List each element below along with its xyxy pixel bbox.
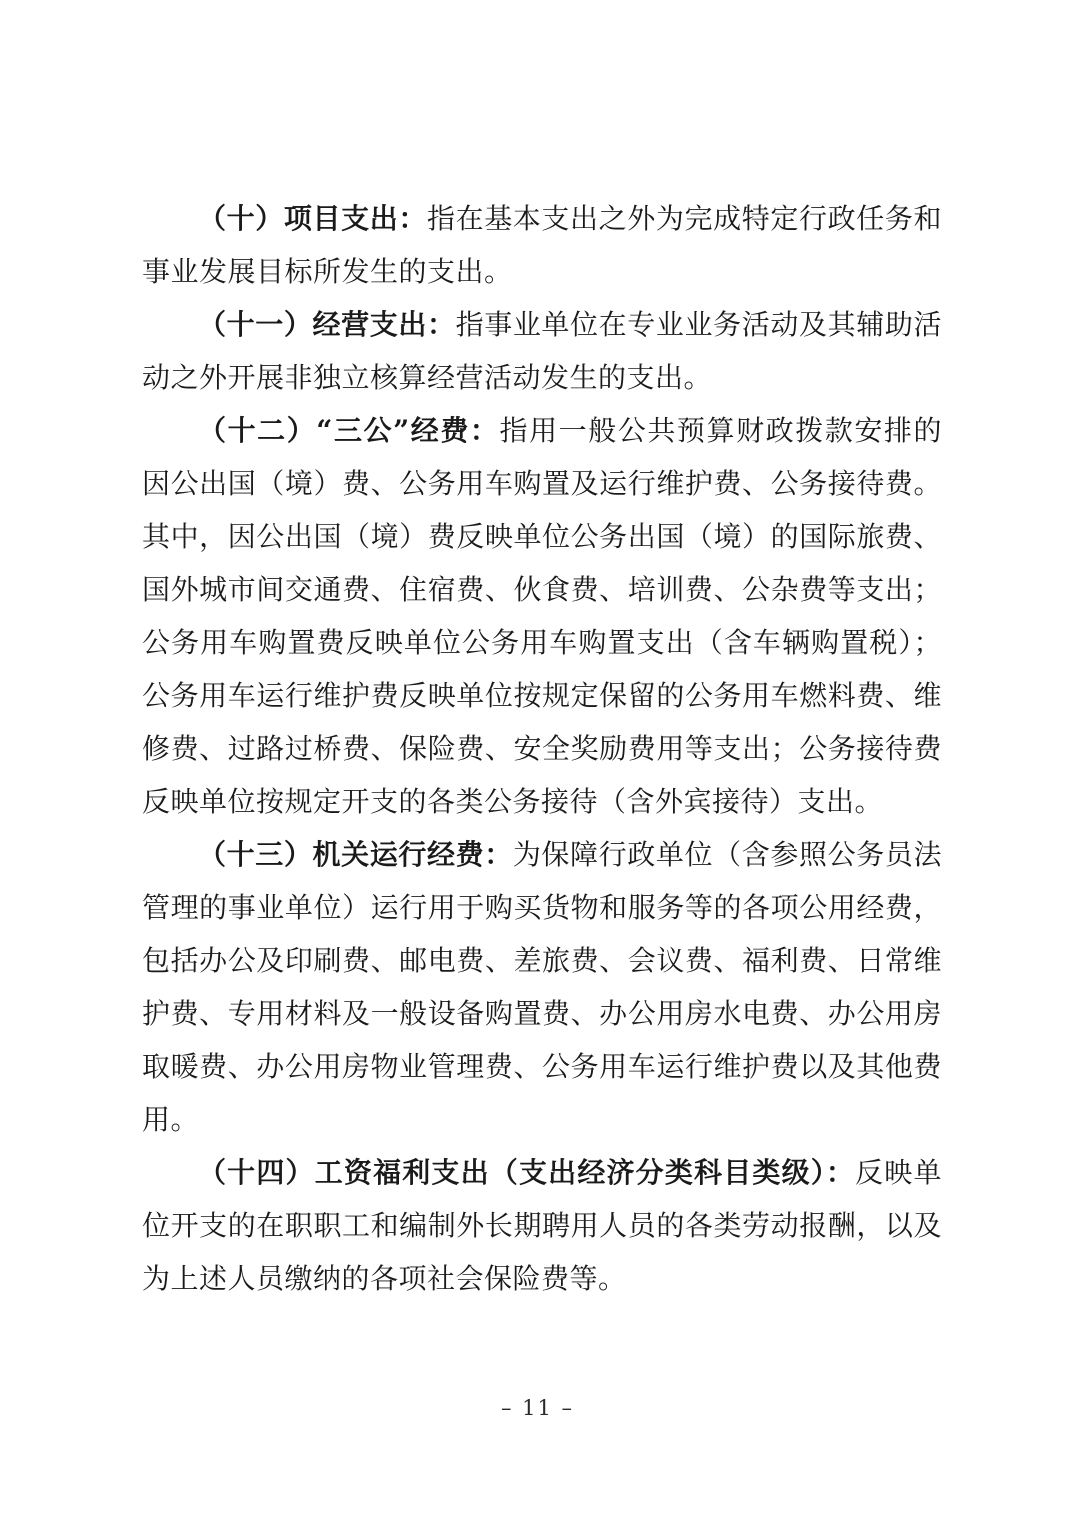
paragraph-agency-operating-funds: （十三）机关运行经费：为保障行政单位（含参照公务员法管理的事业单位）运行用于购买… <box>142 828 942 1146</box>
paragraph-operating-expenditure: （十一）经营支出：指事业单位在专业业务活动及其辅助活动之外开展非独立核算经营活动… <box>142 298 942 404</box>
paragraph-three-public-funds: （十二）“三公”经费：指用一般公共预算财政拨款安排的因公出国（境）费、公务用车购… <box>142 404 942 828</box>
term-definition: 指用一般公共预算财政拨款安排的因公出国（境）费、公务用车购置及运行维护费、公务接… <box>142 414 942 818</box>
term-label: （十四）工资福利支出（支出经济分类科目类级）： <box>198 1156 855 1189</box>
document-body: （十）项目支出：指在基本支出之外为完成特定行政任务和事业发展目标所发生的支出。 … <box>142 192 942 1305</box>
page-number: – 11 – <box>501 1396 574 1420</box>
paragraph-salary-welfare-expenditure: （十四）工资福利支出（支出经济分类科目类级）：反映单位开支的在职职工和编制外长期… <box>142 1146 942 1305</box>
paragraph-project-expenditure: （十）项目支出：指在基本支出之外为完成特定行政任务和事业发展目标所发生的支出。 <box>142 192 942 298</box>
page-footer: – 11 – <box>0 1393 1075 1423</box>
term-definition: 为保障行政单位（含参照公务员法管理的事业单位）运行用于购买货物和服务等的各项公用… <box>142 838 942 1136</box>
term-label: （十三）机关运行经费： <box>198 838 513 871</box>
document-page: （十）项目支出：指在基本支出之外为完成特定行政任务和事业发展目标所发生的支出。 … <box>0 0 1075 1520</box>
term-label: （十）项目支出： <box>198 202 427 235</box>
term-label: （十二）“三公”经费： <box>198 414 500 447</box>
term-label: （十一）经营支出： <box>198 308 456 341</box>
